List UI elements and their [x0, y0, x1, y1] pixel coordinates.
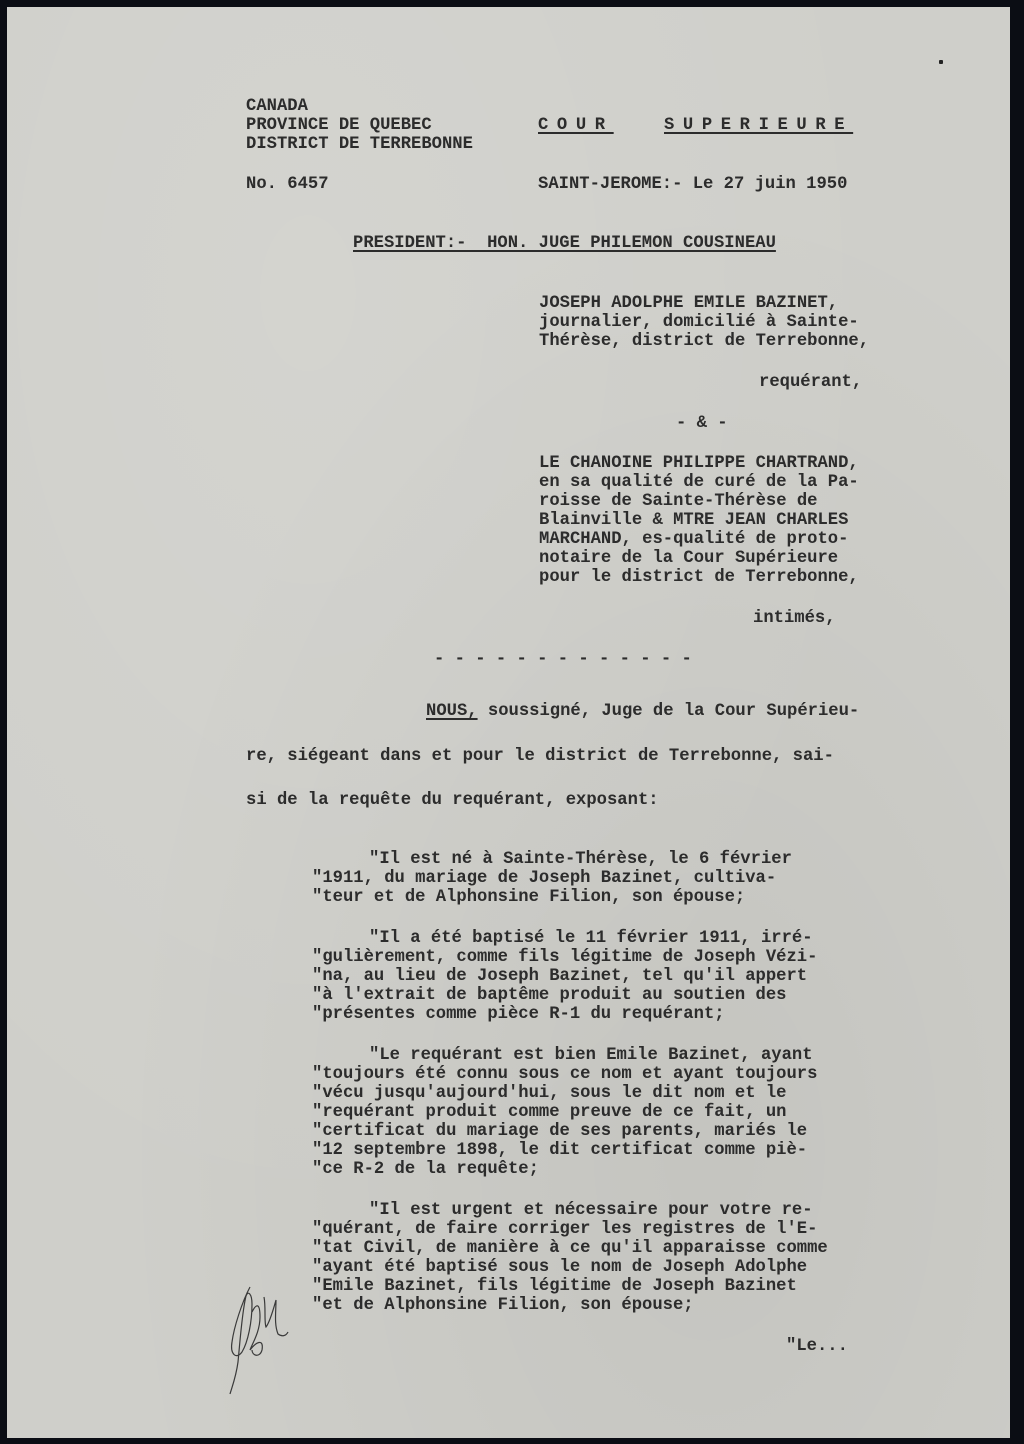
respondent-line: roisse de Sainte-Thérèse de: [539, 492, 817, 511]
respondent-role: intimés,: [753, 609, 836, 628]
jurisdiction-province: PROVINCE DE QUEBEC: [246, 116, 432, 135]
case-number: No. 6457: [246, 175, 329, 194]
document-page: CANADA PROVINCE DE QUEBEC DISTRICT DE TE…: [7, 7, 1010, 1438]
respondent-line: pour le district de Terrebonne,: [539, 568, 859, 587]
intro-lead-word: NOUS,: [426, 702, 478, 721]
petitioner-line: Thérèse, district de Terrebonne,: [539, 332, 869, 351]
recital-line: "à l'extrait de baptême produit au souti…: [312, 986, 786, 1005]
recital-line: "certificat du mariage de ses parents, m…: [312, 1122, 807, 1141]
continuation-catchword: "Le...: [786, 1337, 848, 1356]
respondent-line: en sa qualité de curé de la Pa-: [539, 473, 859, 492]
recital-line: "1911, du mariage de Joseph Bazinet, cul…: [312, 869, 776, 888]
recital-line: "quérant, de faire corriger les registre…: [312, 1220, 817, 1239]
recital-line: "teur et de Alphonsine Filion, son épous…: [312, 888, 745, 907]
respondent-line: MARCHAND, es-qualité de proto-: [539, 530, 848, 549]
petitioner-line: journalier, domicilié à Sainte-: [539, 313, 859, 332]
recital-line: "na, au lieu de Joseph Bazinet, tel qu'i…: [312, 967, 807, 986]
recital-line: "Emile Bazinet, fils légitime de Joseph …: [312, 1277, 797, 1296]
handwritten-initials-icon: [222, 1282, 302, 1397]
recital-line: "Il est urgent et nécessaire pour votre …: [369, 1201, 813, 1220]
recital-line: "12 septembre 1898, le dit certificat co…: [312, 1141, 807, 1160]
recital-line: "toujours été connu sous ce nom et ayant…: [312, 1065, 817, 1084]
petitioner-line: JOSEPH ADOLPHE EMILE BAZINET,: [539, 294, 838, 313]
recital-line: "et de Alphonsine Filion, son épouse;: [312, 1296, 694, 1315]
respondent-line: Blainville & MTRE JEAN CHARLES: [539, 511, 848, 530]
intro-line-2: re, siégeant dans et pour le district de…: [246, 747, 834, 766]
place-and-date: SAINT-JEROME:- Le 27 juin 1950: [538, 175, 847, 194]
recital-line: "ce R-2 de la requête;: [312, 1160, 539, 1179]
respondent-line: LE CHANOINE PHILIPPE CHARTRAND,: [539, 454, 859, 473]
section-divider: - - - - - - - - - - - - -: [434, 650, 692, 669]
jurisdiction-district: DISTRICT DE TERREBONNE: [246, 135, 473, 154]
recital-line: "Il a été baptisé le 11 février 1911, ir…: [369, 929, 813, 948]
respondent-line: notaire de la Cour Supérieure: [539, 549, 838, 568]
recital-line: "Il est né à Sainte-Thérèse, le 6 févrie…: [369, 850, 792, 869]
recital-line: "tat Civil, de manière à ce qu'il appara…: [312, 1239, 828, 1258]
petitioner-role: requérant,: [759, 373, 862, 392]
recital-line: "requérant produit comme preuve de ce fa…: [312, 1103, 786, 1122]
court-title-word1: COUR: [538, 116, 614, 135]
intro-line-1: NOUS, soussigné, Juge de la Cour Supérie…: [426, 702, 859, 721]
parties-separator: - & -: [676, 414, 728, 433]
recital-line: "gulièrement, comme fils légitime de Jos…: [312, 948, 817, 967]
jurisdiction-country: CANADA: [246, 97, 308, 116]
recital-line: "présentes comme pièce R-1 du requérant;: [312, 1005, 725, 1024]
intro-line-3: si de la requête du requérant, exposant:: [246, 791, 659, 810]
recital-line: "vécu jusqu'aujourd'hui, sous le dit nom…: [312, 1084, 786, 1103]
presiding-judge: PRESIDENT:- HON. JUGE PHILEMON COUSINEAU: [353, 234, 776, 253]
recital-line: "Le requérant est bien Emile Bazinet, ay…: [369, 1046, 813, 1065]
court-title-word2: SUPERIEURE: [664, 116, 853, 135]
recital-line: "ayant été baptisé sous le nom de Joseph…: [312, 1258, 807, 1277]
paper-speck: [939, 60, 943, 64]
